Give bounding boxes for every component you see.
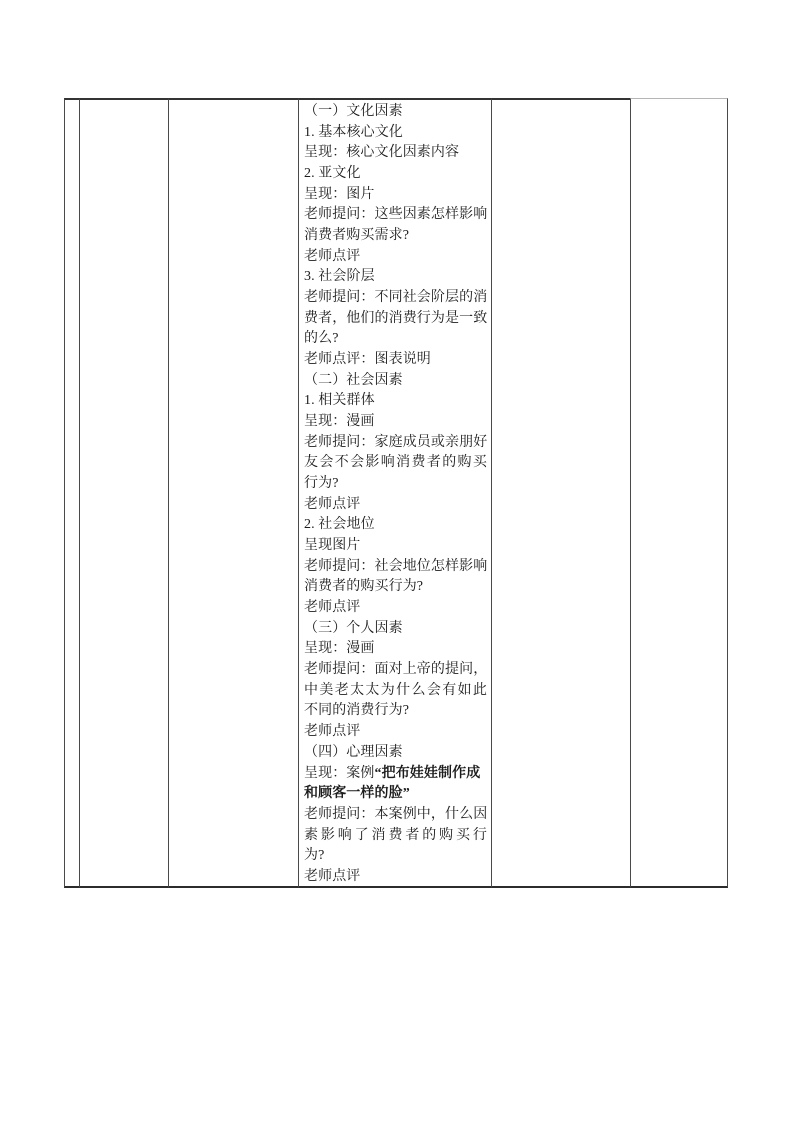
content-text-bold: “把布娃娃制作成 [375,766,481,781]
content-line: 2. 亚文化 [304,164,487,185]
content-text: 老师点评 [304,497,360,512]
content-text: 老师提问：这些因素怎样影响 [304,207,487,222]
document-page: （一）文化因素1. 基本核心文化呈现：核心文化因素内容2. 亚文化呈现：图片老师… [0,0,793,1122]
content-line: （二）社会因素 [304,371,487,392]
content-line: 老师点评 [304,495,487,516]
content-line: 素影响了消费者的购买行 [304,826,487,847]
content-line: 1. 基本核心文化 [304,123,487,144]
content-text: 友会不会影响消费者的购买 [304,455,487,470]
content-text: 呈现：图片 [304,187,375,202]
content-text: 老师提问：本案例中，什么因 [304,807,487,822]
content-text: 老师提问：不同社会阶层的消 [304,290,487,305]
content-line: 老师点评：图表说明 [304,350,487,371]
content-line: 行为? [304,474,487,495]
content-line: 1. 相关群体 [304,391,487,412]
content-text-bold: 和顾客一样的脸” [304,786,410,801]
content-line: 呈现：漫画 [304,412,487,433]
content-line: 老师点评 [304,598,487,619]
content-line: 不同的消费行为? [304,701,487,722]
table-cell-4 [491,98,630,888]
content-text: （四）心理因素 [304,745,403,760]
content-text: 消费者购买需求? [304,228,409,243]
content-line: 消费者购买需求? [304,226,487,247]
content-line: 呈现：漫画 [304,639,487,660]
content-line: 呈现：案例“把布娃娃制作成 [304,764,487,785]
content-text: （二）社会因素 [304,373,403,388]
content-line: 费者，他们的消费行为是一致 [304,309,487,330]
lesson-content: （一）文化因素1. 基本核心文化呈现：核心文化因素内容2. 亚文化呈现：图片老师… [304,102,487,888]
content-text: 的么? [304,331,339,346]
content-line: 老师提问：家庭成员或亲朋好 [304,433,487,454]
content-text: 呈现：案例 [304,766,375,781]
content-line: （一）文化因素 [304,102,487,123]
content-text: 素影响了消费者的购买行 [304,828,487,843]
content-line: 呈现：核心文化因素内容 [304,143,487,164]
content-line: 老师点评 [304,247,487,268]
content-line: 和顾客一样的脸” [304,784,487,805]
content-line: 老师提问：面对上帝的提问， [304,660,487,681]
table-cell-2 [168,98,298,888]
content-line: 老师点评 [304,867,487,888]
content-line: 呈现图片 [304,536,487,557]
content-text: 老师提问：面对上帝的提问， [304,662,487,677]
content-text: 2. 亚文化 [304,166,361,181]
content-line: （三）个人因素 [304,619,487,640]
content-line: 为? [304,846,487,867]
content-line: 友会不会影响消费者的购买 [304,453,487,474]
content-text: 老师点评 [304,869,360,884]
lesson-plan-table: （一）文化因素1. 基本核心文化呈现：核心文化因素内容2. 亚文化呈现：图片老师… [64,98,728,888]
content-text: 行为? [304,476,339,491]
content-text: 呈现：核心文化因素内容 [304,145,459,160]
content-line: 老师提问：不同社会阶层的消 [304,288,487,309]
content-text: 呈现图片 [304,538,360,553]
content-text: 老师提问：社会地位怎样影响 [304,559,487,574]
content-text: 老师点评：图表说明 [304,352,431,367]
content-line: 老师提问：社会地位怎样影响 [304,557,487,578]
content-line: 3. 社会阶层 [304,267,487,288]
content-text: 老师点评 [304,249,360,264]
content-text: 消费者的购买行为? [304,579,423,594]
content-text: 1. 相关群体 [304,393,375,408]
table-cell-teaching-content: （一）文化因素1. 基本核心文化呈现：核心文化因素内容2. 亚文化呈现：图片老师… [298,98,491,888]
content-line: 老师点评 [304,722,487,743]
content-text: 3. 社会阶层 [304,269,375,284]
table-cell-1 [79,98,168,888]
content-text: 费者，他们的消费行为是一致 [304,311,487,326]
content-line: （四）心理因素 [304,743,487,764]
content-line: 2. 社会地位 [304,515,487,536]
content-line: 老师提问：这些因素怎样影响 [304,205,487,226]
content-text: 不同的消费行为? [304,703,409,718]
content-text: 呈现：漫画 [304,414,375,429]
content-line: 消费者的购买行为? [304,577,487,598]
content-text: （一）文化因素 [304,104,403,119]
content-text: 老师提问：家庭成员或亲朋好 [304,435,487,450]
content-text: 老师点评 [304,724,360,739]
content-text: 为? [304,848,324,863]
content-line: 中美老太太为什么会有如此 [304,681,487,702]
content-text: 2. 社会地位 [304,517,375,532]
content-text: 1. 基本核心文化 [304,125,403,140]
content-text: （三）个人因素 [304,621,403,636]
content-line: 老师提问：本案例中，什么因 [304,805,487,826]
content-line: 呈现：图片 [304,185,487,206]
table-cell-5 [630,98,728,888]
content-line: 的么? [304,329,487,350]
content-text: 中美老太太为什么会有如此 [304,683,487,698]
content-text: 呈现：漫画 [304,641,375,656]
content-text: 老师点评 [304,600,360,615]
table-cell-gutter [64,98,79,888]
